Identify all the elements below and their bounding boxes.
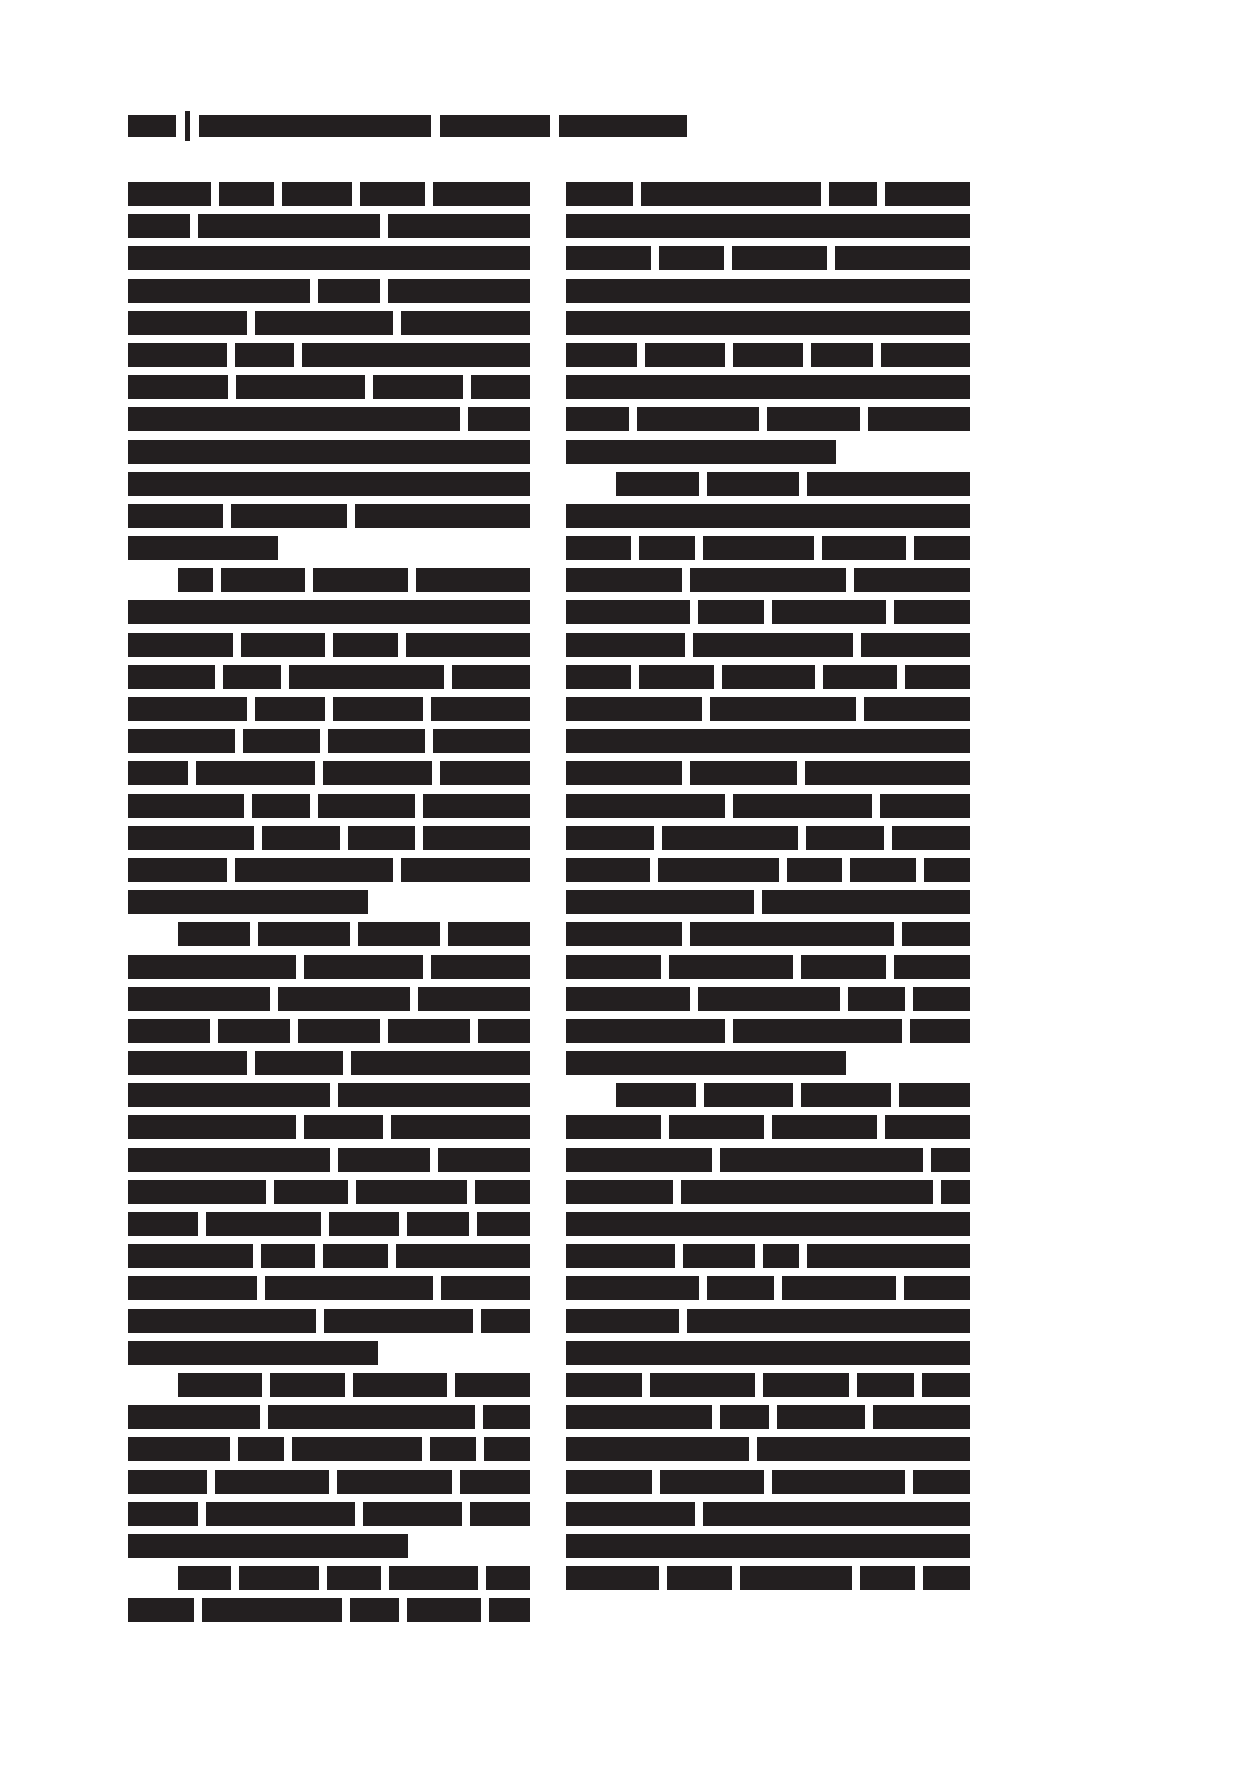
redacted-text-line (128, 729, 530, 753)
redaction-block (128, 1083, 330, 1107)
redaction-block (566, 858, 650, 882)
redacted-text-line (128, 890, 530, 914)
redaction-block (566, 1115, 661, 1139)
redacted-text-line (128, 987, 530, 1011)
redaction-block (923, 1566, 970, 1590)
redaction-block (128, 1051, 247, 1075)
redaction-block (258, 922, 350, 946)
redaction-block (128, 1212, 198, 1236)
redaction-block (401, 311, 530, 335)
redacted-text-line (128, 1405, 530, 1429)
redacted-header-word (559, 115, 687, 137)
redaction-block (566, 440, 836, 464)
redaction-block (662, 826, 798, 850)
redacted-text-line (128, 1341, 530, 1365)
redaction-block (566, 729, 970, 753)
redacted-text-line (128, 1534, 530, 1558)
redacted-text-line (128, 568, 530, 592)
redacted-text-line (128, 761, 530, 785)
redaction-block (215, 1470, 329, 1494)
redaction-block (722, 665, 815, 689)
redaction-block (178, 568, 213, 592)
redaction-block (566, 279, 970, 303)
redaction-block (128, 182, 211, 206)
redaction-block (566, 922, 682, 946)
redacted-text-line (566, 182, 970, 206)
redaction-block (128, 794, 244, 818)
redacted-text-line (566, 504, 970, 528)
redaction-block (455, 1373, 530, 1397)
redaction-block (683, 1244, 755, 1268)
redacted-text-line (566, 1115, 970, 1139)
redaction-block (235, 343, 294, 367)
redaction-block (639, 665, 713, 689)
redaction-block (720, 1405, 769, 1429)
redaction-block (388, 279, 530, 303)
redacted-text-line (566, 729, 970, 753)
redaction-block (255, 311, 394, 335)
redaction-block (128, 890, 368, 914)
redacted-text-line (128, 1212, 530, 1236)
redaction-block (905, 665, 970, 689)
redaction-block (690, 568, 845, 592)
redacted-page-number (128, 115, 176, 137)
redaction-block (566, 987, 690, 1011)
redacted-text-line (566, 1180, 970, 1204)
redaction-block (650, 1373, 755, 1397)
redacted-text-line (566, 1341, 970, 1365)
redaction-block (278, 987, 410, 1011)
redaction-block (687, 1309, 970, 1333)
redaction-block (128, 987, 270, 1011)
redaction-block (566, 600, 690, 624)
redaction-block (566, 1212, 970, 1236)
redaction-block (202, 1598, 342, 1622)
redacted-text-line (566, 794, 970, 818)
redaction-block (329, 1212, 399, 1236)
redacted-text-line (128, 600, 530, 624)
redaction-block (236, 375, 366, 399)
redaction-block (922, 1373, 970, 1397)
redacted-header-word (440, 115, 550, 137)
redaction-block (441, 1276, 530, 1300)
redaction-block (238, 1437, 284, 1461)
left-text-column (128, 182, 530, 1630)
redaction-block (433, 729, 530, 753)
redaction-block (868, 407, 971, 431)
redacted-text-line (566, 1019, 970, 1043)
redaction-block (353, 1373, 447, 1397)
redaction-block (128, 665, 215, 689)
redaction-block (566, 182, 633, 206)
redaction-block (438, 1148, 530, 1172)
redacted-text-line (128, 1437, 530, 1461)
redacted-text-line (128, 1148, 530, 1172)
redaction-block (235, 858, 393, 882)
redaction-block (219, 182, 274, 206)
redaction-block (221, 568, 306, 592)
redaction-block (333, 697, 423, 721)
redaction-block (782, 1276, 896, 1300)
redaction-block (894, 600, 970, 624)
redaction-block (690, 761, 797, 785)
redaction-block (484, 1437, 530, 1461)
redaction-block (360, 182, 425, 206)
redacted-header-word (199, 115, 431, 137)
redaction-block (894, 955, 970, 979)
redaction-block (324, 1309, 472, 1333)
redacted-text-line (128, 665, 530, 689)
redacted-text-line (566, 279, 970, 303)
redacted-text-line (128, 1180, 530, 1204)
redaction-block (475, 1180, 530, 1204)
redaction-block (566, 343, 637, 367)
redacted-text-line (566, 1051, 970, 1075)
redaction-block (477, 1212, 530, 1236)
redaction-block (391, 1115, 530, 1139)
redaction-block (885, 1115, 971, 1139)
redaction-block (128, 472, 530, 496)
redaction-block (566, 1341, 970, 1365)
redaction-block (128, 1534, 408, 1558)
redaction-block (198, 214, 380, 238)
redaction-block (703, 1502, 970, 1526)
redaction-block (206, 1212, 321, 1236)
redaction-block (407, 1212, 469, 1236)
redacted-text-line (128, 1502, 530, 1526)
redaction-block (128, 1180, 266, 1204)
redaction-block (356, 1180, 467, 1204)
redacted-text-line (128, 182, 530, 206)
redaction-block (270, 1373, 345, 1397)
redacted-text-line (566, 1148, 970, 1172)
redaction-block (243, 729, 321, 753)
redaction-block (401, 858, 530, 882)
redaction-block (128, 826, 254, 850)
redaction-block (128, 311, 247, 335)
redaction-block (274, 1180, 348, 1204)
redaction-block (416, 568, 531, 592)
redaction-block (252, 794, 310, 818)
redaction-block (327, 1566, 380, 1590)
redaction-block (864, 697, 970, 721)
redacted-text-line (128, 246, 530, 270)
redaction-block (904, 1276, 971, 1300)
redaction-block (659, 246, 724, 270)
redacted-text-line (566, 761, 970, 785)
redaction-block (698, 987, 841, 1011)
redaction-block (669, 955, 793, 979)
redaction-block (913, 1470, 970, 1494)
redaction-block (763, 1373, 849, 1397)
redaction-block (373, 375, 463, 399)
redaction-block (854, 568, 970, 592)
redaction-block (667, 1566, 732, 1590)
redaction-block (388, 1019, 470, 1043)
redacted-text-line (128, 536, 530, 560)
redacted-text-line (128, 1309, 530, 1333)
redaction-block (805, 761, 970, 785)
redaction-block (313, 568, 408, 592)
redaction-block (430, 1437, 476, 1461)
redaction-block (363, 1502, 462, 1526)
redaction-block (885, 182, 971, 206)
redaction-block (262, 826, 340, 850)
redacted-text-line (128, 375, 530, 399)
redacted-text-line (566, 536, 970, 560)
redacted-text-line (566, 633, 970, 657)
redaction-block (128, 761, 188, 785)
redaction-block (470, 1502, 530, 1526)
redaction-block (128, 375, 228, 399)
redaction-block (566, 890, 754, 914)
redaction-block (860, 1566, 916, 1590)
redaction-block (899, 1083, 970, 1107)
redaction-block (460, 1470, 530, 1494)
redaction-block (733, 343, 804, 367)
redacted-text-line (128, 1051, 530, 1075)
redaction-block (338, 1083, 530, 1107)
redaction-block (616, 1083, 696, 1107)
redaction-block (478, 1019, 530, 1043)
redaction-block (128, 343, 227, 367)
redaction-block (483, 1405, 530, 1429)
redacted-text-line (566, 826, 970, 850)
redaction-block (128, 1405, 260, 1429)
redaction-block (566, 955, 661, 979)
redacted-text-line (128, 794, 530, 818)
redaction-block (835, 246, 970, 270)
redaction-block (924, 858, 971, 882)
redaction-block (566, 407, 629, 431)
redaction-block (196, 761, 315, 785)
redacted-text-line (128, 407, 530, 431)
redaction-block (128, 858, 227, 882)
redaction-block (807, 472, 970, 496)
redacted-text-line (566, 407, 970, 431)
redacted-text-line (566, 472, 970, 496)
redaction-block (566, 665, 631, 689)
redaction-block (566, 1534, 970, 1558)
redaction-block (566, 1470, 652, 1494)
redaction-block (261, 1244, 316, 1268)
redacted-text-line (128, 1598, 530, 1622)
redaction-block (566, 246, 651, 270)
redacted-text-line (128, 633, 530, 657)
redacted-text-line (566, 922, 970, 946)
redaction-block (289, 665, 444, 689)
redaction-block (468, 407, 530, 431)
redaction-block (566, 1148, 712, 1172)
redacted-text-line (128, 440, 530, 464)
redaction-block (128, 246, 530, 270)
redaction-block (128, 1244, 253, 1268)
redaction-block (481, 1309, 530, 1333)
redaction-block (850, 858, 915, 882)
redaction-block (178, 1566, 231, 1590)
redaction-block (787, 858, 843, 882)
redaction-block (733, 1019, 902, 1043)
redaction-block (616, 472, 699, 496)
redaction-block (566, 761, 682, 785)
redaction-block (128, 1341, 378, 1365)
redaction-block (302, 343, 530, 367)
redacted-text-line (128, 504, 530, 528)
redaction-block (733, 794, 872, 818)
redacted-text-line (566, 1405, 970, 1429)
redaction-block (423, 826, 530, 850)
redaction-block (255, 697, 325, 721)
redaction-block (566, 1244, 675, 1268)
redaction-block (128, 214, 190, 238)
redaction-block (703, 536, 815, 560)
redaction-block (351, 1051, 530, 1075)
redaction-block (489, 1598, 530, 1622)
redaction-block (348, 826, 416, 850)
redaction-block (265, 1276, 433, 1300)
redaction-block (566, 1502, 695, 1526)
redaction-block (931, 1148, 970, 1172)
redaction-block (389, 1566, 478, 1590)
redaction-block (298, 1019, 380, 1043)
redaction-block (566, 1566, 659, 1590)
redaction-block (693, 633, 852, 657)
redaction-block (829, 182, 877, 206)
redaction-block (423, 794, 530, 818)
redaction-block (762, 890, 970, 914)
redacted-text-line (128, 1083, 530, 1107)
redaction-block (566, 633, 685, 657)
redaction-block (206, 1502, 355, 1526)
redaction-block (323, 761, 432, 785)
redaction-block (732, 246, 827, 270)
redacted-text-line (128, 279, 530, 303)
redaction-block (913, 987, 970, 1011)
redacted-text-line (128, 1019, 530, 1043)
redaction-block (128, 536, 278, 560)
redaction-block (645, 343, 725, 367)
redaction-block (566, 1309, 679, 1333)
redaction-block (801, 955, 887, 979)
redacted-text-line (566, 697, 970, 721)
redacted-text-line (566, 987, 970, 1011)
redaction-block (772, 1470, 905, 1494)
redaction-block (710, 697, 856, 721)
redacted-text-line (566, 1244, 970, 1268)
redacted-text-line (128, 826, 530, 850)
redaction-block (268, 1405, 475, 1429)
redaction-block (231, 504, 346, 528)
header-divider (185, 111, 190, 141)
redaction-block (566, 1373, 642, 1397)
redaction-block (304, 1115, 383, 1139)
redaction-block (355, 504, 530, 528)
redaction-block (880, 794, 970, 818)
redaction-block (566, 311, 970, 335)
redacted-text-line (128, 1244, 530, 1268)
running-header: [redacted running header] (128, 114, 687, 138)
redaction-block (128, 1437, 230, 1461)
redacted-text-line (566, 1534, 970, 1558)
redaction-block (740, 1566, 852, 1590)
redacted-text-line (128, 472, 530, 496)
redaction-block (223, 665, 281, 689)
redaction-block (128, 600, 530, 624)
redaction-block (823, 665, 897, 689)
redacted-text-line (566, 440, 970, 464)
redaction-block (914, 536, 970, 560)
redaction-block (304, 955, 423, 979)
redaction-block (282, 182, 351, 206)
redaction-block (811, 343, 873, 367)
redacted-text-line (128, 922, 530, 946)
redaction-block (941, 1180, 970, 1204)
redaction-block (128, 1598, 194, 1622)
redacted-text-line (566, 568, 970, 592)
redaction-block (892, 826, 970, 850)
redaction-block (318, 794, 415, 818)
redaction-block (698, 600, 765, 624)
redacted-text-line (566, 375, 970, 399)
redaction-block (128, 1309, 316, 1333)
redacted-text-line (566, 1309, 970, 1333)
right-text-column (566, 182, 970, 1598)
redaction-block (337, 1470, 451, 1494)
redacted-text-line (566, 1502, 970, 1526)
redaction-block (292, 1437, 422, 1461)
redacted-text-line (566, 858, 970, 882)
redacted-text-line (566, 890, 970, 914)
redacted-text-line (128, 1115, 530, 1139)
redaction-block (128, 1148, 330, 1172)
redaction-block (388, 214, 530, 238)
redaction-block (707, 1276, 774, 1300)
redaction-block (641, 182, 822, 206)
redaction-block (777, 1405, 865, 1429)
redacted-text-line (566, 1470, 970, 1494)
redacted-text-line (566, 214, 970, 238)
redaction-block (763, 1244, 799, 1268)
redaction-block (566, 504, 970, 528)
redaction-block (128, 633, 233, 657)
redaction-block (323, 1244, 388, 1268)
redaction-block (690, 922, 894, 946)
redacted-text-line (128, 1373, 530, 1397)
redaction-block (178, 922, 250, 946)
redaction-block (350, 1598, 399, 1622)
redacted-text-line (128, 343, 530, 367)
redaction-block (566, 375, 970, 399)
redaction-block (681, 1180, 933, 1204)
redaction-block (486, 1566, 530, 1590)
redaction-block (448, 922, 530, 946)
redaction-block (857, 1373, 914, 1397)
redaction-block (128, 440, 530, 464)
redaction-block (431, 697, 530, 721)
redaction-block (566, 1051, 846, 1075)
redaction-block (566, 214, 970, 238)
redaction-block (396, 1244, 531, 1268)
redaction-block (241, 633, 326, 657)
redaction-block (566, 697, 702, 721)
redacted-text-line (566, 1083, 970, 1107)
redaction-block (658, 858, 779, 882)
redacted-text-line (128, 311, 530, 335)
redaction-block (861, 633, 970, 657)
redaction-block (660, 1470, 765, 1494)
redaction-block (707, 472, 800, 496)
redaction-block (239, 1566, 319, 1590)
